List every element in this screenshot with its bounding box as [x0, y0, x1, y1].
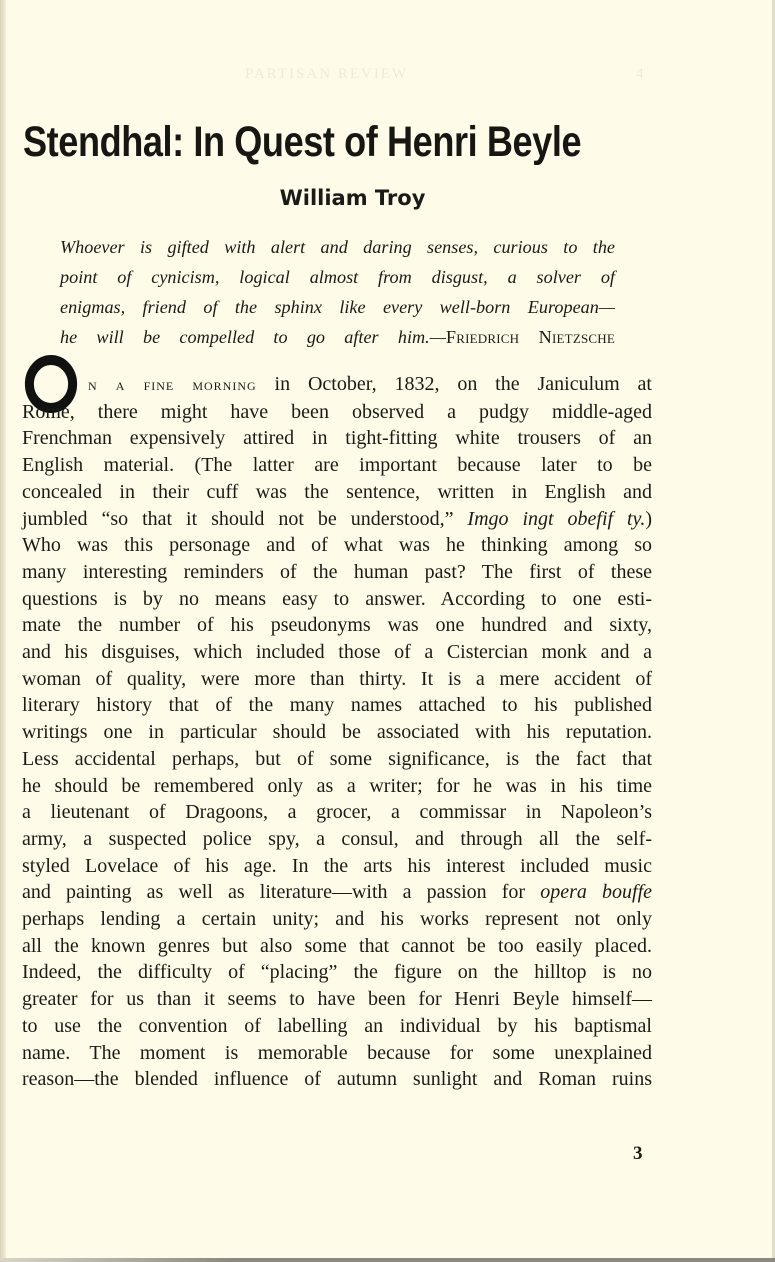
epigraph: Whoever is gifted with alert and daring …: [60, 232, 615, 352]
body-line: English material. (The latter are import…: [22, 452, 652, 479]
italic-phrase: opera bouffe: [540, 881, 652, 903]
body-line: army, a suspected police spy, a consul, …: [22, 826, 652, 853]
body-line: n a fine morning in October, 1832, on th…: [22, 371, 652, 399]
show-through-page-number: 4: [636, 66, 644, 83]
article-author: William Troy: [0, 186, 775, 210]
body-line: literary history that of the many names …: [22, 692, 652, 719]
body-line: Who was this personage and of what was h…: [22, 532, 652, 559]
cipher-text: Imgo ingt obefif ty.: [467, 508, 645, 530]
opening-smallcaps: n a fine morning: [88, 375, 257, 394]
body-line: mate the number of his pseudonyms was on…: [22, 612, 652, 639]
body-line: styled Lovelace of his age. In the arts …: [22, 853, 652, 880]
epigraph-line: point of cynicism, logical almost from d…: [60, 262, 615, 292]
body-line: to use the convention of labelling an in…: [22, 1013, 652, 1040]
page-number: 3: [633, 1143, 643, 1165]
body-line: a lieutenant of Dragoons, a grocer, a co…: [22, 799, 652, 826]
body-line: many interesting reminders of the human …: [22, 559, 652, 586]
epigraph-text: he will be compelled to go after him.—: [60, 327, 446, 347]
body-line: Less accidental perhaps, but of some sig…: [22, 746, 652, 773]
document-page: PARTISAN REVIEW 4 Stendhal: In Quest of …: [0, 0, 775, 1262]
epigraph-line: Whoever is gifted with alert and daring …: [60, 232, 615, 262]
article-title: Stendhal: In Quest of Henri Beyle: [23, 118, 581, 167]
page-bottom-edge: [0, 1258, 775, 1262]
body-line: greater for us than it seems to have bee…: [22, 986, 652, 1013]
body-line: concealed in their cuff was the sentence…: [22, 479, 652, 506]
body-line: questions is by no means easy to answer.…: [22, 586, 652, 613]
body-line: reason—the blended influence of autumn s…: [22, 1066, 652, 1093]
epigraph-attribution: Friedrich Nietzsche: [446, 327, 615, 347]
body-line: name. The moment is memorable because fo…: [22, 1040, 652, 1067]
body-line: perhaps lending a certain unity; and his…: [22, 906, 652, 933]
body-line: and his disguises, which included those …: [22, 639, 652, 666]
body-line: and painting as well as literature—with …: [22, 879, 652, 906]
body-line: writings one in particular should be ass…: [22, 719, 652, 746]
body-line: jumbled “so that it should not be unders…: [22, 506, 652, 533]
epigraph-last-line: he will be compelled to go after him.—Fr…: [60, 322, 615, 352]
article-body: n a fine morning in October, 1832, on th…: [22, 371, 652, 1093]
body-line: Indeed, the difficulty of “placing” the …: [22, 959, 652, 986]
body-line: Frenchman expensively attired in tight-f…: [22, 425, 652, 452]
body-line: all the known genres but also some that …: [22, 933, 652, 960]
body-line: Rome, there might have been observed a p…: [22, 399, 652, 426]
epigraph-line: enigmas, friend of the sphinx like every…: [60, 292, 615, 322]
body-line: he should be remembered only as a writer…: [22, 773, 652, 800]
body-line: woman of quality, were more than thirty.…: [22, 666, 652, 693]
show-through-running-head: PARTISAN REVIEW: [245, 66, 408, 83]
